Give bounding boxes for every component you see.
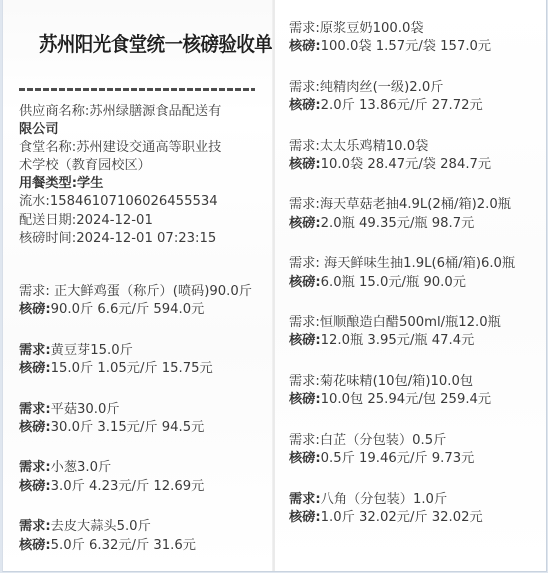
item-request: 需求:海天草菇老抽4.9L(2桶/箱)2.0瓶 bbox=[289, 196, 529, 214]
supplier-name-part2: 限公司 bbox=[19, 122, 59, 137]
item-check: 核磅:30.0斤 3.15元/斤 94.5元 bbox=[19, 419, 269, 437]
check-label: 核磅: bbox=[19, 302, 51, 317]
item-check: 核磅:2.0瓶 49.35元/瓶 98.7元 bbox=[289, 215, 539, 233]
check-label: 核磅: bbox=[289, 216, 321, 231]
request-text: 平菇30.0斤 bbox=[51, 402, 120, 417]
item-request: 需求:菊花味精(10包/箱)10.0包 bbox=[289, 373, 539, 391]
request-text: 太太乐鸡精10.0袋 bbox=[320, 139, 429, 154]
serial-label: 流水: bbox=[19, 194, 50, 209]
canteen-line-1: 食堂名称:苏州建设交通高等职业技 bbox=[19, 139, 259, 157]
check-text: 0.5斤 19.46元/斤 9.73元 bbox=[321, 451, 475, 466]
delivery-date-line: 配送日期:2024-12-01 bbox=[19, 212, 259, 230]
check-label: 核磅: bbox=[289, 392, 321, 407]
check-text: 6.0瓶 15.0元/瓶 90.0元 bbox=[321, 275, 466, 290]
item-check: 核磅:5.0斤 6.32元/斤 31.6元 bbox=[19, 537, 269, 555]
item-request: 需求:八角（分包装）1.0斤 bbox=[289, 491, 539, 509]
check-text: 1.0斤 32.02元/斤 32.02元 bbox=[321, 510, 483, 525]
check-text: 2.0斤 13.86元/斤 27.72元 bbox=[321, 98, 483, 113]
delivery-date-value: 2024-12-01 bbox=[76, 213, 153, 228]
check-text: 100.0袋 1.57元/袋 157.0元 bbox=[321, 39, 491, 54]
item-list-left: 需求: 正大鲜鸡蛋（称斤）(喷码)90.0斤 核磅:90.0斤 6.6元/斤 5… bbox=[19, 283, 269, 572]
list-item: 需求:原浆豆奶100.0袋 核磅:100.0袋 1.57元/袋 157.0元 bbox=[289, 20, 539, 57]
item-check: 核磅:10.0袋 28.47元/袋 284.7元 bbox=[289, 156, 539, 174]
item-request: 需求:太太乐鸡精10.0袋 bbox=[289, 138, 539, 156]
check-label: 核磅: bbox=[289, 510, 321, 525]
check-label: 核磅: bbox=[19, 361, 51, 376]
request-text: 菊花味精(10包/箱)10.0包 bbox=[320, 374, 473, 389]
item-check: 核磅:3.0斤 4.23元/斤 12.69元 bbox=[19, 478, 269, 496]
item-request: 需求: 海天鲜味生抽1.9L(6桶/箱)6.0瓶 bbox=[289, 255, 529, 273]
request-label: 需求: bbox=[289, 21, 320, 36]
weigh-time-label: 核磅时间: bbox=[19, 231, 76, 246]
canteen-name-part2: 术学校（教育园校区） bbox=[19, 158, 151, 173]
weigh-time-line: 核磅时间:2024-12-01 07:23:15 bbox=[19, 230, 259, 248]
list-item: 需求: 海天鲜味生抽1.9L(6桶/箱)6.0瓶 核磅:6.0瓶 15.0元/瓶… bbox=[289, 255, 539, 292]
check-label: 核磅: bbox=[289, 98, 321, 113]
canteen-line-2: 术学校（教育园校区） bbox=[19, 157, 259, 175]
meal-type-value: 学生 bbox=[77, 176, 103, 191]
list-item: 需求:白芷（分包装）0.5斤 核磅:0.5斤 19.46元/斤 9.73元 bbox=[289, 432, 539, 469]
item-request: 需求:白芷（分包装）0.5斤 bbox=[289, 432, 539, 450]
item-check: 核磅:100.0袋 1.57元/袋 157.0元 bbox=[289, 38, 539, 56]
check-text: 10.0袋 28.47元/袋 284.7元 bbox=[321, 157, 491, 172]
request-text: 八角（分包装）1.0斤 bbox=[321, 492, 447, 507]
request-label: 需求: bbox=[289, 492, 321, 507]
list-item: 需求:菊花味精(10包/箱)10.0包 核磅:10.0包 25.94元/包 25… bbox=[289, 373, 539, 410]
check-label: 核磅: bbox=[289, 39, 321, 54]
item-request: 需求:小葱3.0斤 bbox=[19, 459, 269, 477]
item-request: 需求:原浆豆奶100.0袋 bbox=[289, 20, 539, 38]
item-check: 核磅:15.0斤 1.05元/斤 15.75元 bbox=[19, 360, 269, 378]
item-check: 核磅:0.5斤 19.46元/斤 9.73元 bbox=[289, 450, 539, 468]
receipt-info-block: 供应商名称:苏州绿膳源食品配送有 限公司 食堂名称:苏州建设交通高等职业技 术学… bbox=[19, 103, 259, 248]
check-label: 核磅: bbox=[289, 333, 321, 348]
list-item: 需求: 正大鲜鸡蛋（称斤）(喷码)90.0斤 核磅:90.0斤 6.6元/斤 5… bbox=[19, 283, 269, 320]
canteen-label: 食堂名称: bbox=[19, 140, 76, 155]
receipt-strip-left: 苏州阳光食堂统一核磅验收单 供应商名称:苏州绿膳源食品配送有 限公司 食堂名称:… bbox=[3, 0, 273, 572]
list-item: 需求:平菇30.0斤 核磅:30.0斤 3.15元/斤 94.5元 bbox=[19, 401, 269, 438]
check-label: 核磅: bbox=[289, 275, 321, 290]
request-label: 需求: bbox=[19, 519, 51, 534]
list-item: 需求:去皮大蒜头5.0斤 核磅:5.0斤 6.32元/斤 31.6元 bbox=[19, 518, 269, 555]
list-item: 需求:黄豆芽15.0斤 核磅:15.0斤 1.05元/斤 15.75元 bbox=[19, 342, 269, 379]
list-item: 需求:恒顺酿造白醋500ml/瓶12.0瓶 核磅:12.0瓶 3.95元/瓶 4… bbox=[289, 314, 539, 351]
list-item: 需求:纯精肉丝(一级)2.0斤 核磅:2.0斤 13.86元/斤 27.72元 bbox=[289, 79, 539, 116]
item-check: 核磅:10.0包 25.94元/包 259.4元 bbox=[289, 391, 539, 409]
request-label: 需求: bbox=[289, 197, 320, 212]
request-text: 小葱3.0斤 bbox=[51, 460, 112, 475]
list-item: 需求:太太乐鸡精10.0袋 核磅:10.0袋 28.47元/袋 284.7元 bbox=[289, 138, 539, 175]
request-label: 需求: bbox=[289, 374, 320, 389]
delivery-date-label: 配送日期: bbox=[19, 213, 76, 228]
item-request: 需求:黄豆芽15.0斤 bbox=[19, 342, 269, 360]
item-request: 需求:平菇30.0斤 bbox=[19, 401, 269, 419]
check-label: 核磅: bbox=[289, 451, 321, 466]
item-request: 需求:去皮大蒜头5.0斤 bbox=[19, 518, 269, 536]
item-request: 需求:纯精肉丝(一级)2.0斤 bbox=[289, 79, 539, 97]
request-text: 白芷（分包装）0.5斤 bbox=[320, 433, 446, 448]
request-text: 海天鲜味生抽1.9L(6桶/箱)6.0瓶 bbox=[320, 256, 515, 271]
supplier-line-2: 限公司 bbox=[19, 121, 259, 139]
request-text: 黄豆芽15.0斤 bbox=[51, 343, 133, 358]
request-label: 需求: bbox=[19, 343, 51, 358]
check-text: 90.0斤 6.6元/斤 594.0元 bbox=[51, 302, 205, 317]
item-check: 核磅:6.0瓶 15.0元/瓶 90.0元 bbox=[289, 274, 539, 292]
check-text: 3.0斤 4.23元/斤 12.69元 bbox=[51, 479, 205, 494]
item-check: 核磅:1.0斤 32.02元/斤 32.02元 bbox=[289, 509, 539, 527]
request-label: 需求: bbox=[19, 284, 50, 299]
item-check: 核磅:12.0瓶 3.95元/瓶 47.4元 bbox=[289, 332, 539, 350]
check-label: 核磅: bbox=[19, 479, 51, 494]
check-label: 核磅: bbox=[19, 538, 51, 553]
item-request: 需求: 正大鲜鸡蛋（称斤）(喷码)90.0斤 bbox=[19, 283, 259, 301]
item-check: 核磅:2.0斤 13.86元/斤 27.72元 bbox=[289, 97, 539, 115]
check-text: 15.0斤 1.05元/斤 15.75元 bbox=[51, 361, 213, 376]
check-text: 12.0瓶 3.95元/瓶 47.4元 bbox=[321, 333, 475, 348]
supplier-label: 供应商名称: bbox=[19, 104, 89, 119]
request-label: 需求: bbox=[19, 460, 51, 475]
meal-type-label: 用餐类型: bbox=[19, 176, 77, 191]
item-list-right: 需求:原浆豆奶100.0袋 核磅:100.0袋 1.57元/袋 157.0元 需… bbox=[289, 20, 539, 549]
receipt-scan-frame: 苏州阳光食堂统一核磅验收单 供应商名称:苏州绿膳源食品配送有 限公司 食堂名称:… bbox=[2, 0, 547, 572]
item-request: 需求:恒顺酿造白醋500ml/瓶12.0瓶 bbox=[289, 314, 539, 332]
list-item: 需求:八角（分包装）1.0斤 核磅:1.0斤 32.02元/斤 32.02元 bbox=[289, 491, 539, 528]
list-item: 需求:海天草菇老抽4.9L(2桶/箱)2.0瓶 核磅:2.0瓶 49.35元/瓶… bbox=[289, 196, 539, 233]
check-text: 10.0包 25.94元/包 259.4元 bbox=[321, 392, 491, 407]
request-text: 恒顺酿造白醋500ml/瓶12.0瓶 bbox=[320, 315, 501, 330]
canteen-name-part1: 苏州建设交通高等职业技 bbox=[76, 140, 221, 155]
serial-value: 15846107106026455534 bbox=[50, 194, 218, 209]
request-label: 需求: bbox=[19, 402, 51, 417]
request-label: 需求: bbox=[289, 256, 320, 271]
request-text: 海天草菇老抽4.9L(2桶/箱)2.0瓶 bbox=[320, 197, 511, 212]
supplier-name-part1: 苏州绿膳源食品配送有 bbox=[89, 104, 221, 119]
dashed-divider bbox=[19, 88, 255, 91]
check-label: 核磅: bbox=[289, 157, 321, 172]
check-label: 核磅: bbox=[19, 420, 51, 435]
item-check: 核磅:90.0斤 6.6元/斤 594.0元 bbox=[19, 301, 269, 319]
request-label: 需求: bbox=[289, 315, 320, 330]
request-text: 纯精肉丝(一级)2.0斤 bbox=[320, 80, 444, 95]
receipt-title: 苏州阳光食堂统一核磅验收单 bbox=[39, 28, 272, 57]
weigh-time-value: 2024-12-01 07:23:15 bbox=[76, 231, 216, 246]
request-text: 正大鲜鸡蛋（称斤）(喷码)90.0斤 bbox=[50, 284, 252, 299]
supplier-line-1: 供应商名称:苏州绿膳源食品配送有 bbox=[19, 103, 259, 121]
request-label: 需求: bbox=[289, 139, 320, 154]
check-text: 5.0斤 6.32元/斤 31.6元 bbox=[51, 538, 196, 553]
receipt-strip-right: 需求:原浆豆奶100.0袋 核磅:100.0袋 1.57元/袋 157.0元 需… bbox=[275, 0, 546, 572]
meal-type-line: 用餐类型:学生 bbox=[19, 175, 259, 193]
check-text: 30.0斤 3.15元/斤 94.5元 bbox=[51, 420, 205, 435]
request-label: 需求: bbox=[289, 433, 320, 448]
serial-line: 流水:15846107106026455534 bbox=[19, 193, 259, 211]
request-text: 原浆豆奶100.0袋 bbox=[320, 21, 424, 36]
check-text: 2.0瓶 49.35元/瓶 98.7元 bbox=[321, 216, 475, 231]
list-item: 需求:小葱3.0斤 核磅:3.0斤 4.23元/斤 12.69元 bbox=[19, 459, 269, 496]
request-text: 去皮大蒜头5.0斤 bbox=[51, 519, 151, 534]
request-label: 需求: bbox=[289, 80, 320, 95]
